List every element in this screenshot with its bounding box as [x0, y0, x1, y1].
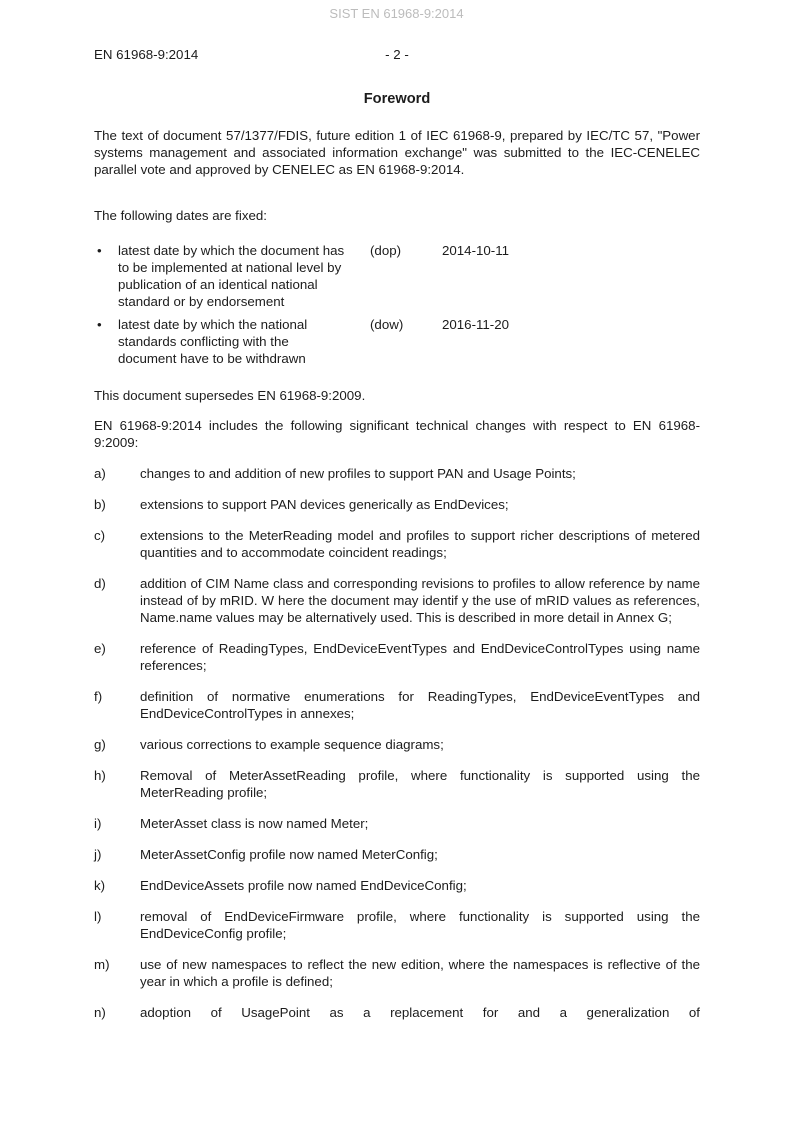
date-entry-value: 2014-10-11 — [442, 242, 700, 310]
change-item-text: addition of CIM Name class and correspon… — [140, 575, 700, 626]
bullet-icon: • — [94, 316, 118, 367]
change-item-label: f) — [94, 688, 140, 722]
change-item-label: d) — [94, 575, 140, 626]
change-item-label: c) — [94, 527, 140, 561]
intro-paragraph: The text of document 57/1377/FDIS, futur… — [94, 127, 700, 178]
bullet-icon: • — [94, 242, 118, 310]
date-entry-value: 2016-11-20 — [442, 316, 700, 367]
change-item-label: i) — [94, 815, 140, 832]
document-page: SIST EN 61968-9:2014 EN 61968-9:2014 - 2… — [0, 0, 793, 1122]
date-entry-text: latest date by which the document has to… — [118, 242, 348, 310]
change-item-f: f) definition of normative enumerations … — [94, 688, 700, 722]
page-header: EN 61968-9:2014 - 2 - — [94, 46, 700, 63]
change-item-k: k) EndDeviceAssets profile now named End… — [94, 877, 700, 894]
section-title: Foreword — [94, 90, 700, 108]
change-item-text: MeterAsset class is now named Meter; — [140, 815, 700, 832]
page-content: EN 61968-9:2014 - 2 - Foreword The text … — [94, 0, 700, 1021]
date-entry-dop: • latest date by which the document has … — [94, 242, 700, 310]
change-item-text: removal of EndDeviceFirmware profile, wh… — [140, 908, 700, 942]
change-item-label: a) — [94, 465, 140, 482]
change-item-text: adoption of UsagePoint as a replacement … — [140, 1004, 700, 1021]
change-item-label: n) — [94, 1004, 140, 1021]
change-item-text: changes to and addition of new profiles … — [140, 465, 700, 482]
change-item-label: k) — [94, 877, 140, 894]
change-item-d: d) addition of CIM Name class and corres… — [94, 575, 700, 626]
change-item-label: h) — [94, 767, 140, 801]
date-entry-code: (dop) — [370, 242, 442, 310]
date-entry-dow: • latest date by which the national stan… — [94, 316, 700, 367]
date-entry-text: latest date by which the national standa… — [118, 316, 348, 367]
change-item-text: reference of ReadingTypes, EndDeviceEven… — [140, 640, 700, 674]
date-entry-code: (dow) — [370, 316, 442, 367]
change-item-text: extensions to support PAN devices generi… — [140, 496, 700, 513]
change-item-text: various corrections to example sequence … — [140, 736, 700, 753]
change-item-c: c) extensions to the MeterReading model … — [94, 527, 700, 561]
change-item-h: h) Removal of MeterAssetReading profile,… — [94, 767, 700, 801]
change-item-label: m) — [94, 956, 140, 990]
header-page-number: - 2 - — [94, 46, 700, 63]
change-item-label: l) — [94, 908, 140, 942]
supersedes-paragraph: This document supersedes EN 61968-9:2009… — [94, 387, 700, 404]
change-item-text: EndDeviceAssets profile now named EndDev… — [140, 877, 700, 894]
change-item-label: g) — [94, 736, 140, 753]
dates-intro-paragraph: The following dates are fixed: — [94, 207, 700, 224]
change-item-label: e) — [94, 640, 140, 674]
change-item-text: use of new namespaces to reflect the new… — [140, 956, 700, 990]
change-item-i: i) MeterAsset class is now named Meter; — [94, 815, 700, 832]
change-item-a: a) changes to and addition of new profil… — [94, 465, 700, 482]
change-item-text: definition of normative enumerations for… — [140, 688, 700, 722]
change-item-l: l) removal of EndDeviceFirmware profile,… — [94, 908, 700, 942]
change-item-m: m) use of new namespaces to reflect the … — [94, 956, 700, 990]
change-item-g: g) various corrections to example sequen… — [94, 736, 700, 753]
change-item-text: Removal of MeterAssetReading profile, wh… — [140, 767, 700, 801]
change-item-e: e) reference of ReadingTypes, EndDeviceE… — [94, 640, 700, 674]
change-item-text: extensions to the MeterReading model and… — [140, 527, 700, 561]
change-item-label: j) — [94, 846, 140, 863]
change-item-j: j) MeterAssetConfig profile now named Me… — [94, 846, 700, 863]
change-item-n: n) adoption of UsagePoint as a replaceme… — [94, 1004, 700, 1021]
changes-intro-paragraph: EN 61968-9:2014 includes the following s… — [94, 417, 700, 451]
change-item-label: b) — [94, 496, 140, 513]
change-item-b: b) extensions to support PAN devices gen… — [94, 496, 700, 513]
change-item-text: MeterAssetConfig profile now named Meter… — [140, 846, 700, 863]
